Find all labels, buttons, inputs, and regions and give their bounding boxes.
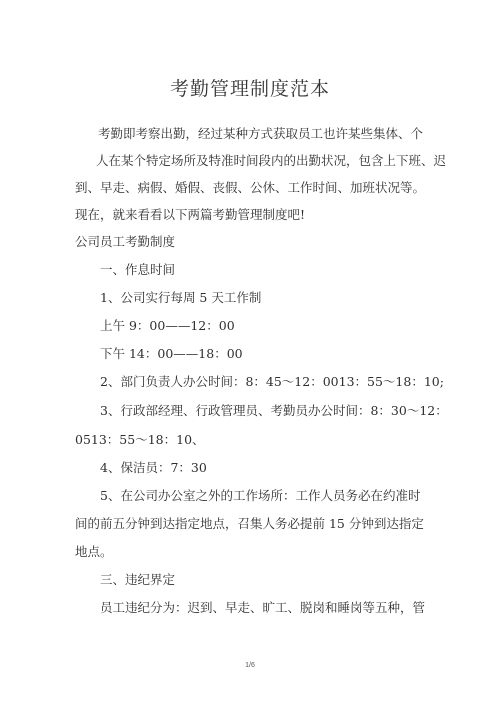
paragraph-line: 1、公司实行每周 5 天工作制 [100, 290, 261, 306]
paragraph-line: 4、保洁员：7：30 [100, 460, 207, 476]
paragraph-line: 5、在公司办公室之外的工作场所：工作人员务必在约准时 [100, 488, 420, 504]
paragraph-line: 0513：55～18：10、 [75, 432, 205, 448]
paragraph-line: 现在，就来看看以下两篇考勤管理制度吧! [75, 207, 305, 223]
section-heading: 三、违纪界定 [100, 572, 175, 588]
paragraph-line: 员工违纪分为：迟到、早走、旷工、脱岗和睡岗等五种，管 [100, 600, 425, 616]
paragraph-line: 到、早走、病假、婚假、丧假、公休、工作时间、加班状况等。 [75, 180, 425, 196]
paragraph-line: 人在某个特定场所及特准时间段内的出勤状况，包含上下班、迟 [96, 153, 446, 169]
paragraph-line: 地点。 [75, 544, 113, 560]
paragraph-line: 间的前五分钟到达指定地点，召集人务必提前 15 分钟到达指定 [75, 516, 424, 532]
paragraph-line: 上午 9：00——12：00 [100, 318, 235, 334]
page-number: 1/6 [0, 662, 500, 669]
section-heading: 公司员工考勤制度 [75, 234, 175, 250]
document-title: 考勤管理制度范本 [0, 74, 500, 101]
section-heading: 一、作息时间 [100, 262, 175, 278]
paragraph-line: 下午 14：00——18：00 [100, 346, 243, 362]
paragraph-line: 2、部门负责人办公时间：8：45～12：0013：55～18：10; [100, 374, 444, 390]
paragraph-line: 考勤即考察出勤，经过某种方式获取员工也许某些集体、个 [98, 126, 423, 142]
paragraph-line: 3、行政部经理、行政管理员、考勤员办公时间：8：30～12： [100, 403, 448, 419]
